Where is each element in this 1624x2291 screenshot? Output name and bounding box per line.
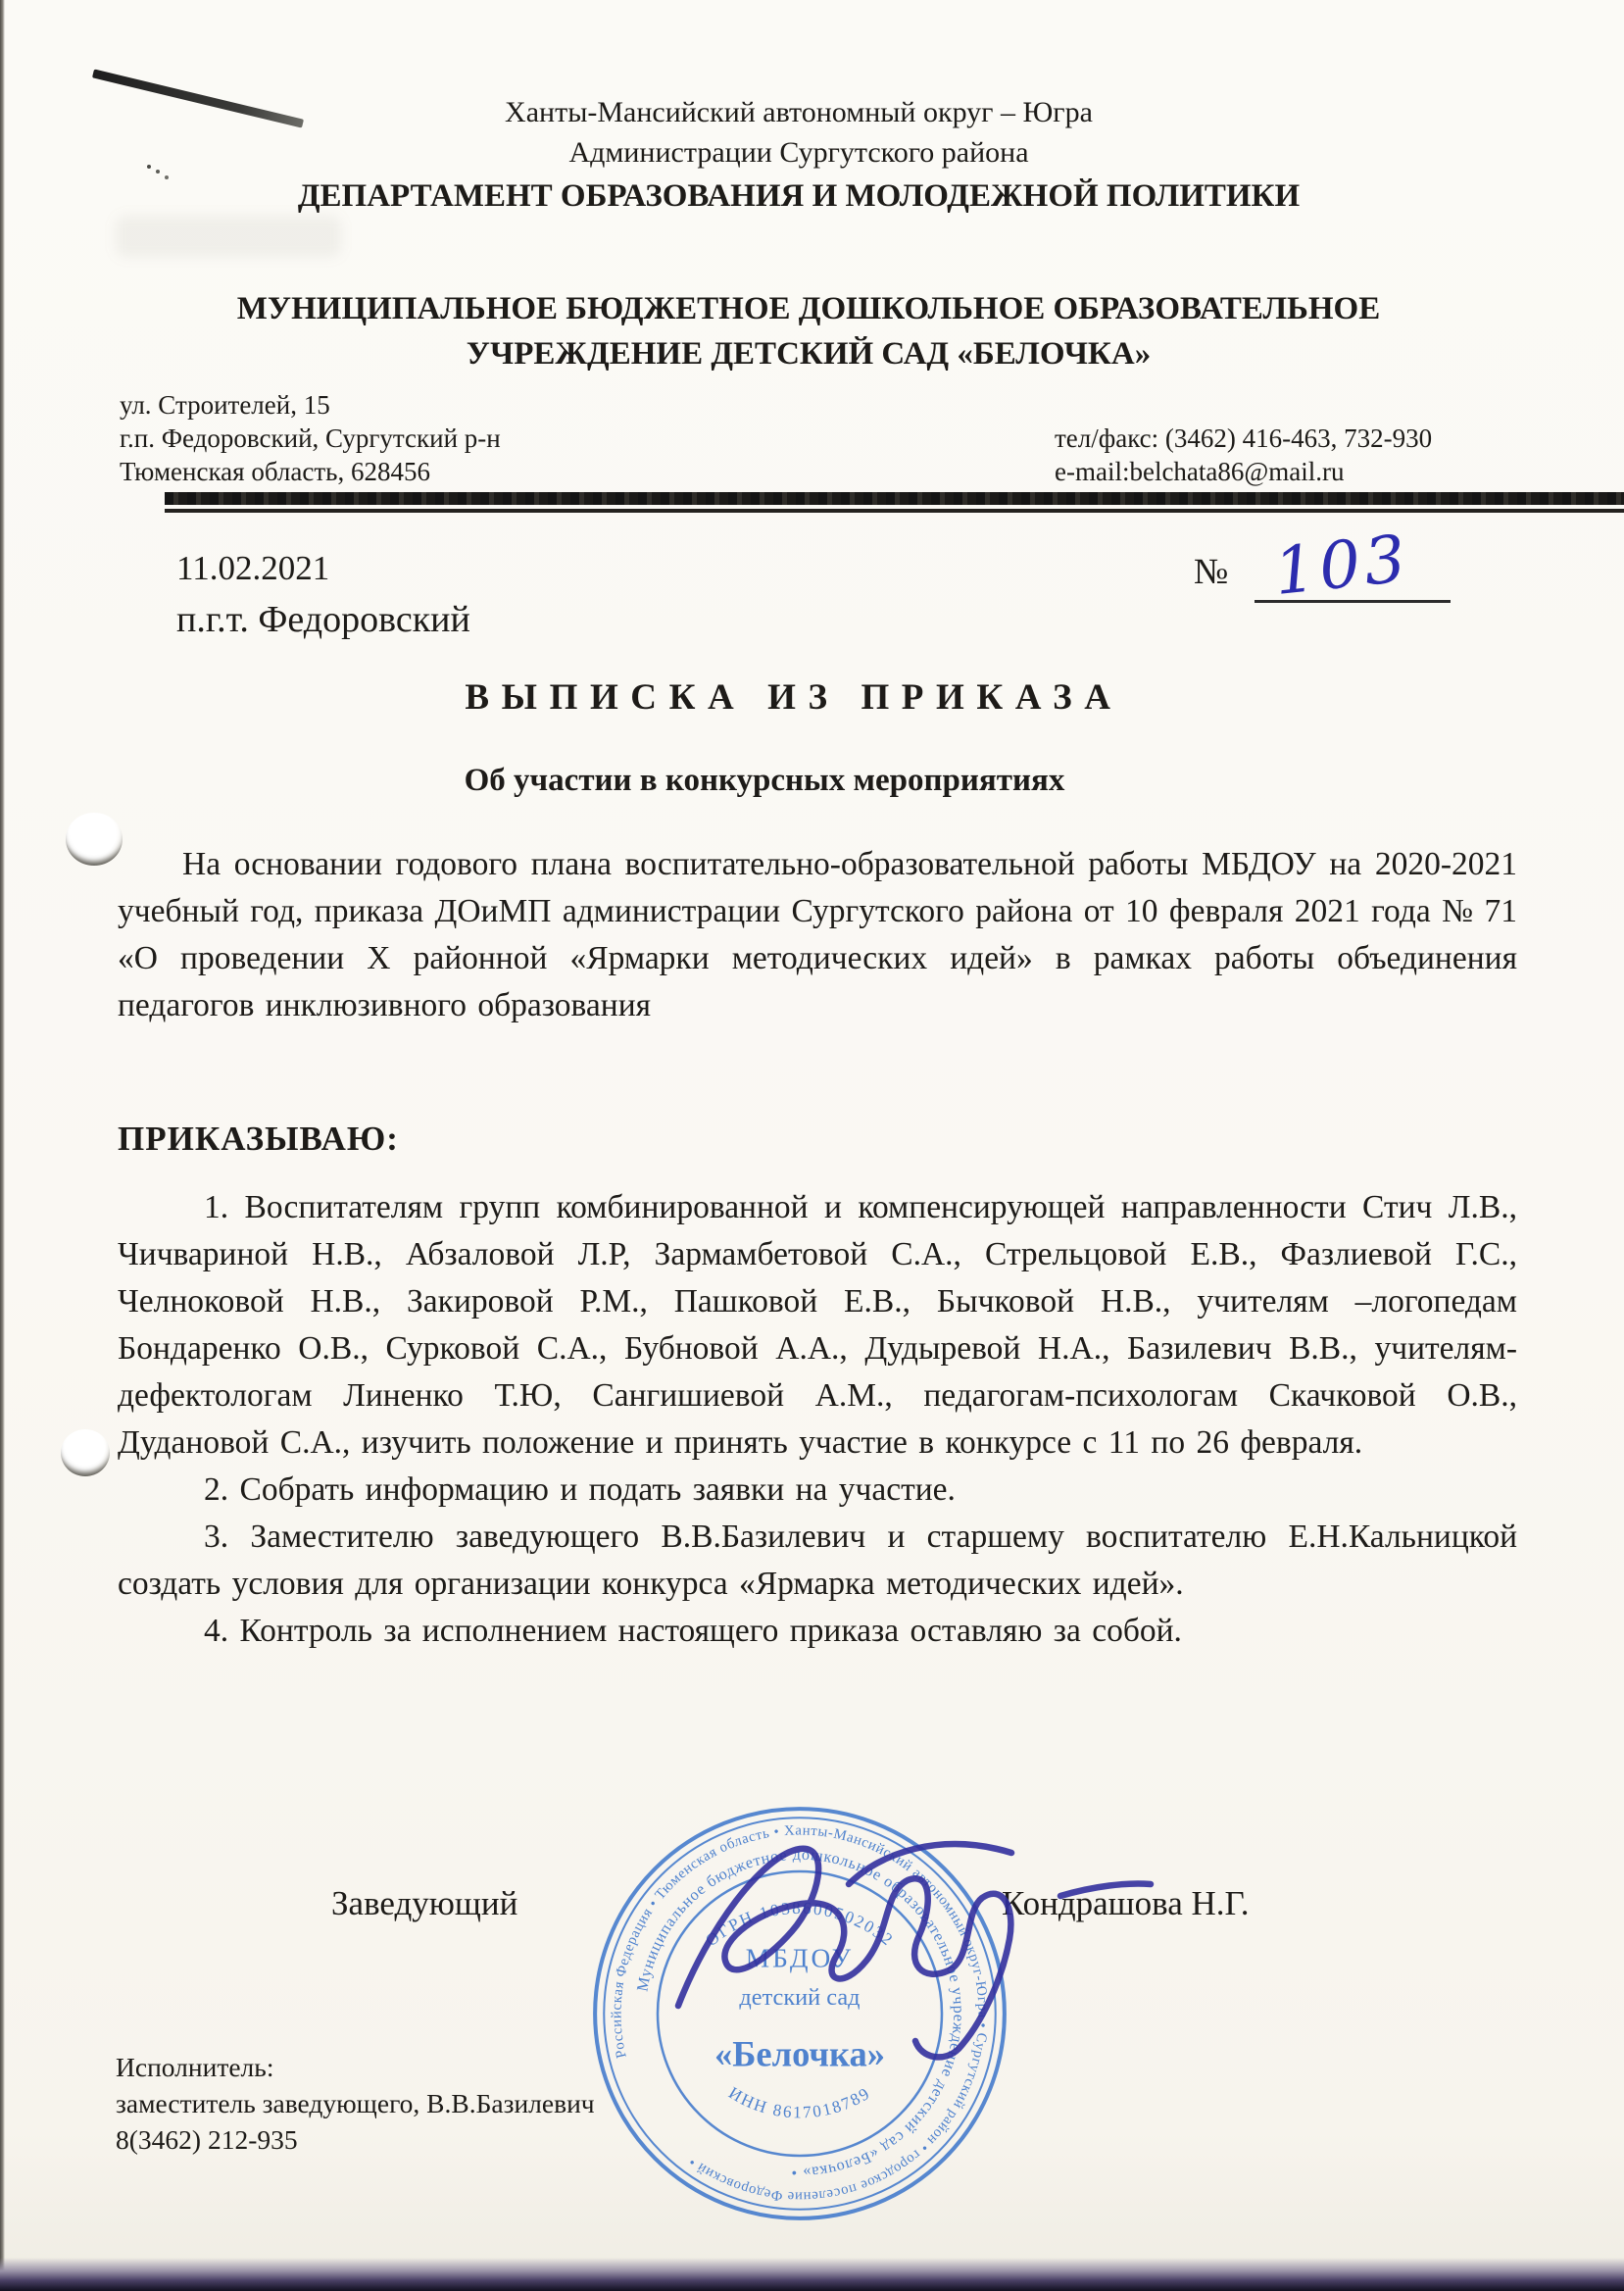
divider-thick-line [165, 492, 1624, 505]
preamble-paragraph: На основании годового плана воспитательн… [118, 841, 1517, 1029]
scan-bottom-edge [0, 2258, 1624, 2291]
address-block: ул. Строителей, 15 г.п. Федоровский, Сур… [120, 388, 501, 488]
signature-stroke [678, 1844, 1151, 2057]
organization-name-line2: УЧРЕЖДЕНИЕ ДЕТСКИЙ САД «БЕЛОЧКА» [69, 331, 1549, 376]
signer-position: Заведующий [331, 1884, 517, 1923]
order-item-3: 3. Заместителю заведующего В.В.Базилевич… [118, 1514, 1517, 1608]
organization-name-line1: МУНИЦИПАЛЬНОЕ БЮДЖЕТНОЕ ДОШКОЛЬНОЕ ОБРАЗ… [69, 286, 1549, 331]
executor-block: Исполнитель: заместитель заведующего, В.… [116, 2049, 595, 2158]
document-date: 11.02.2021 [176, 549, 329, 588]
letterhead: Ханты-Мансийский автономный округ – Югра… [69, 92, 1529, 218]
divider-thin-line [165, 509, 1624, 513]
address-street: ул. Строителей, 15 [120, 388, 501, 422]
executor-label: Исполнитель: [116, 2049, 595, 2085]
number-sign: № [1194, 551, 1228, 593]
order-item-1: 1. Воспитателям групп комбинированной и … [118, 1184, 1517, 1467]
handwritten-signature [617, 1814, 1166, 2068]
contact-phone: тел/факс: (3462) 416-463, 732-930 [1055, 422, 1432, 455]
address-region: Тюменская область, 628456 [120, 455, 501, 488]
stamp-inn-arc: ИНН 8617018789 [725, 2083, 874, 2121]
order-item-2: 2. Собрать информацию и подать заявки на… [118, 1467, 1517, 1514]
document-subject: Об участии в конкурсных мероприятиях [64, 763, 1465, 799]
organization-name: МУНИЦИПАЛЬНОЕ БЮДЖЕТНОЕ ДОШКОЛЬНОЕ ОБРАЗ… [69, 286, 1549, 376]
scan-smudge [116, 216, 341, 257]
handwritten-number: 103 [1270, 521, 1412, 610]
contact-email: e-mail:belchata86@mail.ru [1055, 455, 1432, 488]
order-item-4: 4. Контроль за исполнением настоящего пр… [118, 1608, 1517, 1655]
document-place: п.г.т. Федоровский [176, 598, 470, 641]
order-items: 1. Воспитателям групп комбинированной и … [118, 1184, 1517, 1655]
executor-person: заместитель заведующего, В.В.Базилевич [116, 2085, 595, 2121]
executor-phone: 8(3462) 212-935 [116, 2121, 595, 2158]
hole-punch-top [66, 813, 123, 866]
hole-punch-bottom [61, 1429, 110, 1476]
letterhead-administration: Администрации Сургутского района [69, 132, 1529, 173]
letterhead-divider [165, 492, 1624, 513]
contacts-block: тел/факс: (3462) 416-463, 732-930 e-mail… [1055, 422, 1432, 488]
address-settlement: г.п. Федоровский, Сургутский р-н [120, 422, 501, 455]
scan-left-edge [0, 0, 5, 2291]
scanned-order-document: Ханты-Мансийский автономный округ – Югра… [0, 0, 1624, 2291]
letterhead-region: Ханты-Мансийский автономный округ – Югра [69, 92, 1529, 132]
order-word: ПРИКАЗЫВАЮ: [118, 1120, 399, 1159]
document-title: ВЫПИСКА ИЗ ПРИКАЗА [93, 676, 1495, 719]
svg-text:ИНН 8617018789: ИНН 8617018789 [725, 2083, 874, 2121]
letterhead-department: ДЕПАРТАМЕНТ ОБРАЗОВАНИЯ И МОЛОДЕЖНОЙ ПОЛ… [69, 174, 1529, 218]
